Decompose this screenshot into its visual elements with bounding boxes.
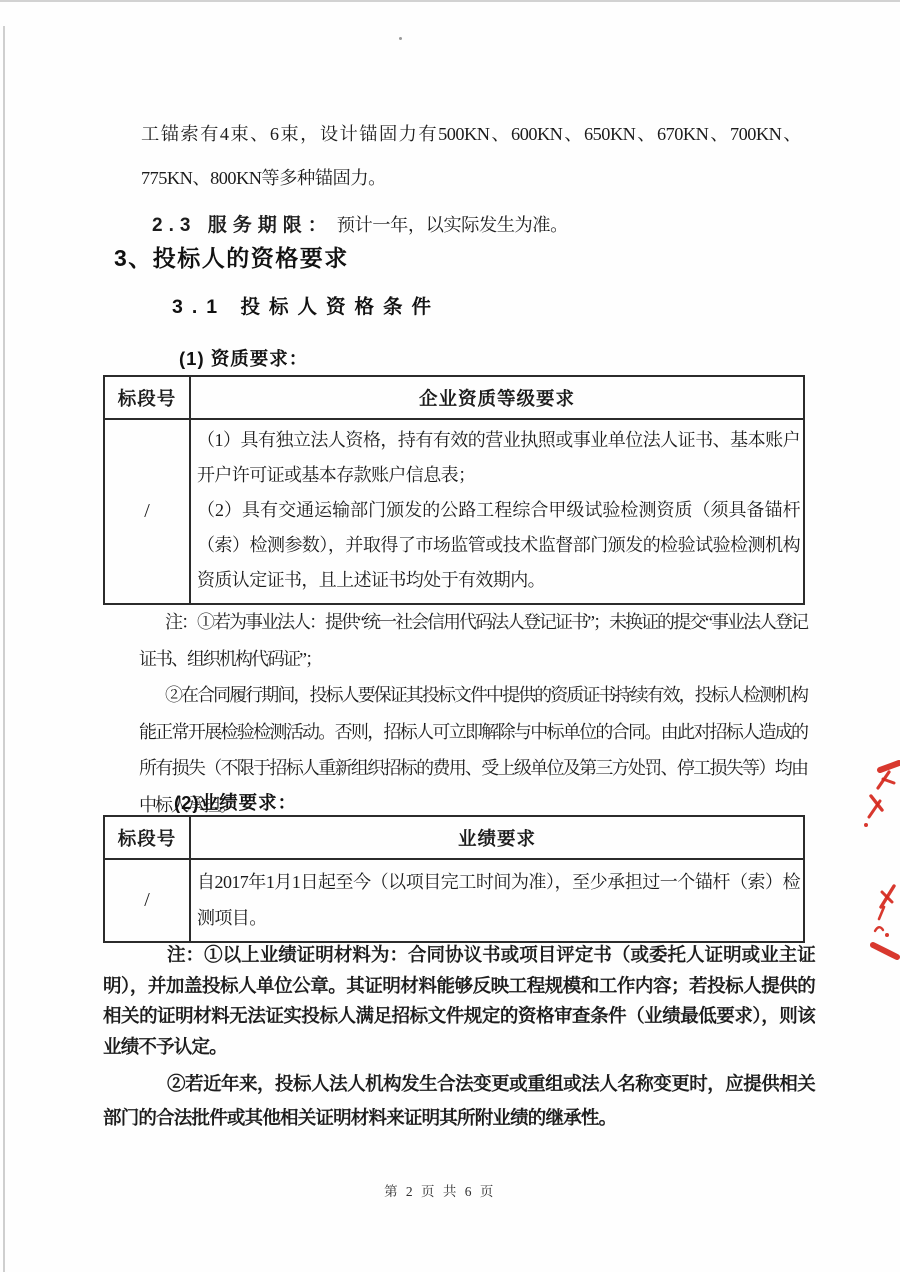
performance-notes: 注：①以上业绩证明材料为：合同协议书或项目评定书（或委托人证明或业主证明），并加… [103,941,815,1136]
qualification-note-1: 注：①若为事业法人：提供“统一社会信用代码法人登记证书”；未换证的提交“事业法人… [139,604,807,677]
performance-note-1: 注：①以上业绩证明材料为：合同协议书或项目评定书（或委托人证明或业主证明），并加… [103,941,815,1063]
scan-edge-top [0,0,900,2]
performance-cell: 自2017年1月1日起至今（以项目完工时间为准），至少承担过一个锚杆（索）检测项… [190,859,804,942]
performance-table-row: / 自2017年1月1日起至今（以项目完工时间为准），至少承担过一个锚杆（索）检… [104,859,804,942]
header-cell-lot: 标段号 [104,816,190,859]
performance-requirements-heading: (2)业绩要求： [174,789,297,815]
scanned-document-page: 工锚索有4束、6束，设计锚固力有500KN、600KN、650KN、670KN、… [0,0,900,1272]
lot-number-cell: / [104,419,190,604]
requirement-item-2: （2）具有交通运输部门颁发的公路工程综合甲级试验检测资质（须具备锚杆（索）检测参… [197,493,800,598]
header-cell-requirement: 企业资质等级要求 [190,376,804,419]
header-cell-lot: 标段号 [104,376,190,419]
page-number-footer: 第 2 页 共 6 页 [0,1180,880,1200]
qualification-table-header-row: 标段号 企业资质等级要求 [104,376,804,419]
section-3-heading: 3、投标人的资格要求 [114,240,349,273]
performance-table: 标段号 业绩要求 / 自2017年1月1日起至今（以项目完工时间为准），至少承担… [103,815,805,943]
service-term-text: 预计一年，以实际发生为准。 [337,215,568,235]
qualification-table-row: / （1）具有独立法人资格，持有有效的营业执照或事业单位法人证书、基本账户开户许… [104,419,804,604]
requirement-item-1: （1）具有独立法人资格，持有有效的营业执照或事业单位法人证书、基本账户开户许可证… [197,423,800,493]
lot-number-cell: / [104,859,190,942]
performance-table-header-row: 标段号 业绩要求 [104,816,804,859]
qualification-table: 标段号 企业资质等级要求 / （1）具有独立法人资格，持有有效的营业执照或事业单… [103,375,805,605]
service-term-line: 2.3 服务期限：预计一年，以实际发生为准。 [152,210,568,237]
qualification-requirements-heading: (1) 资质要求： [179,345,308,371]
header-cell-performance: 业绩要求 [190,816,804,859]
performance-note-2: ②若近年来，投标人法人机构发生合法变更或重组或法人名称变更时，应提供相关部门的合… [103,1069,815,1136]
service-term-label: 2.3 服务期限： [152,215,333,236]
scan-dust-speck [399,37,402,40]
intro-paragraph: 工锚索有4束、6束，设计锚固力有500KN、600KN、650KN、670KN、… [141,112,801,200]
section-3-1-heading: 3.1 投标人资格条件 [172,291,440,319]
requirement-cell: （1）具有独立法人资格，持有有效的营业执照或事业单位法人证书、基本账户开户许可证… [190,419,804,604]
red-ink-marks [856,756,900,966]
scan-edge-left [3,26,5,1272]
